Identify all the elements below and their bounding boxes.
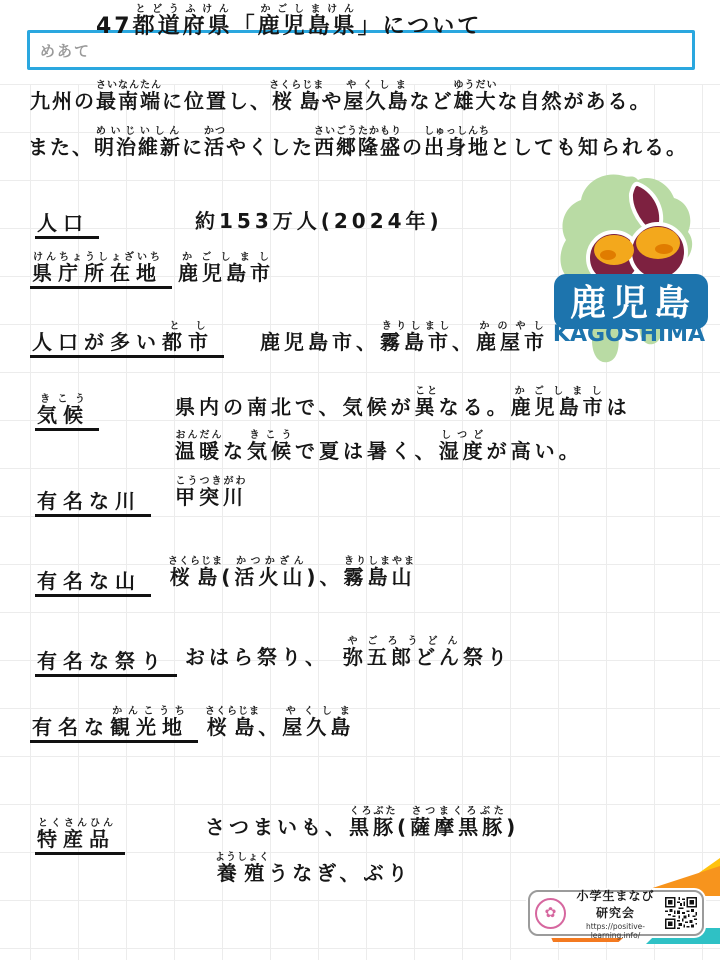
page-title: 47都道府県とどうふけん「鹿児島県かごしまけん」について <box>96 4 482 40</box>
climate-value-line-2: 温暖おんだんな気候きこうで夏は暑く、湿度しつどが高い。 <box>175 430 583 464</box>
objective-tag: めあて <box>40 40 91 61</box>
intro-line-2: また、明治維新めいじいしんに活かつやくした西郷隆盛さいごうたかもりの出身地しゅっ… <box>28 126 688 160</box>
climate-value-line-1: 県内の南北で、気候が異ことなる。鹿児島市かごしましは <box>175 386 631 420</box>
festival-value: おはら祭り、 弥五郎どんやごろうどん祭り <box>185 636 511 670</box>
logo-kanji-text: 鹿児島 <box>554 274 708 329</box>
mountain-value: 桜島さくらじま(活火山かつかざん)、霧島山きりしまやま <box>168 556 416 590</box>
publisher-stamp-icon: ✿ <box>535 898 566 929</box>
specialty-label: 特産品とくさんひん <box>35 827 125 855</box>
logo-romaji-text: KAGOSHIMA <box>546 322 712 347</box>
worksheet-page: めあて 47都道府県とどうふけん「鹿児島県かごしまけん」について 九州の最南端さ… <box>0 0 720 960</box>
publisher-badge: ✿ 小学生まなび研究会 https://positive-learning.in… <box>528 890 704 936</box>
festival-label: 有名な祭り <box>35 649 177 677</box>
publisher-text-block: 小学生まなび研究会 https://positive-learning.info… <box>571 887 660 940</box>
publisher-name: 小学生まなび研究会 <box>571 887 660 921</box>
cities-value: 鹿児島市、霧島市きりしまし、鹿屋市かのやし <box>260 321 548 355</box>
cities-label: 人口が多い都市とし <box>30 330 224 358</box>
kagoshima-logo: 鹿児島 KAGOSHIMA <box>546 170 712 370</box>
capital-value: 鹿児島市かごしまし <box>178 252 274 286</box>
sightseeing-label: 有名な観光地かんこうち <box>30 715 198 743</box>
population-label: 人口 <box>35 211 99 239</box>
capital-label: 県庁所在地けんちょうしょざいち <box>30 261 172 289</box>
population-value: 約153万人(2024年) <box>195 209 443 234</box>
mountain-label: 有名な山 <box>35 569 151 597</box>
specialty-value-line-2: 養殖ようしょくうなぎ、ぶり <box>215 852 411 886</box>
river-label: 有名な川 <box>35 489 151 517</box>
climate-label: 気候きこう <box>35 403 99 431</box>
river-value: 甲突川こうつきがわ <box>175 476 247 510</box>
qr-code <box>665 897 697 929</box>
intro-line-1: 九州の最南端さいなんたんに位置し、桜島さくらじまや屋久島やくしまなど雄大ゆうだい… <box>30 80 652 114</box>
sightseeing-value: 桜島さくらじま、屋久島やくしま <box>205 706 354 740</box>
specialty-value-line-1: さつまいも、黒豚くろぶた(薩摩黒豚さつまくろぶた) <box>205 806 519 840</box>
publisher-url: https://positive-learning.info/ <box>571 922 660 940</box>
